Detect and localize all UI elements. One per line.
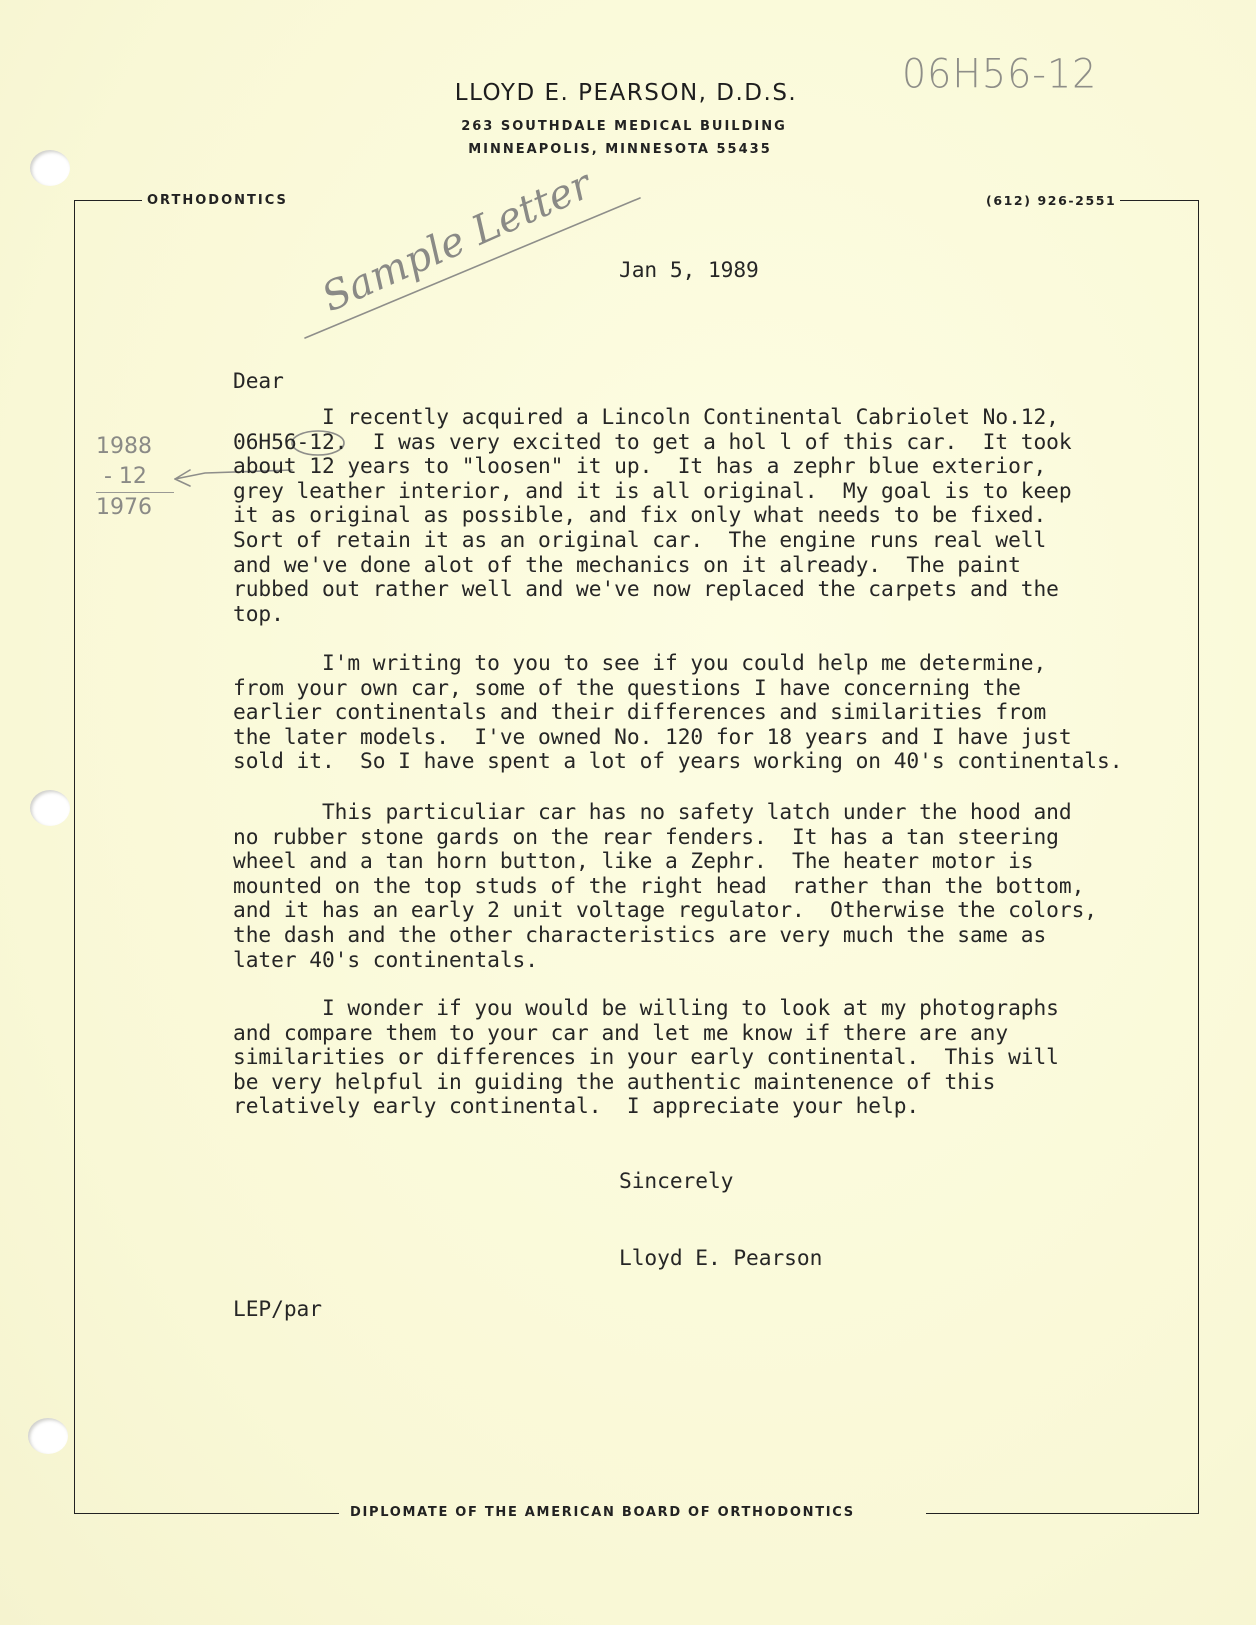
- margin-calc-line3: 1976: [96, 493, 186, 523]
- letter-paragraph: I'm writing to you to see if you could h…: [233, 651, 1122, 774]
- letter-paragraph: This particuliar car has no safety latch…: [233, 800, 1097, 972]
- margin-calc-line2: - 12: [96, 462, 174, 493]
- letter-paragraph: I recently acquired a Lincoln Continenta…: [233, 405, 1072, 626]
- letter-salutation: Dear: [233, 369, 284, 394]
- handwritten-sample-letter-note: Sample Letter: [315, 160, 600, 321]
- letter-initials: LEP/par: [233, 1297, 322, 1322]
- letter-signature: Lloyd E. Pearson: [619, 1246, 822, 1271]
- margin-calculation: 1988 - 12 1976: [96, 432, 186, 523]
- letter-closing: Sincerely: [619, 1169, 733, 1194]
- margin-calc-line1: 1988: [96, 432, 186, 462]
- letter-paragraph: I wonder if you would be willing to look…: [233, 996, 1059, 1119]
- letter-date: Jan 5, 1989: [619, 258, 759, 283]
